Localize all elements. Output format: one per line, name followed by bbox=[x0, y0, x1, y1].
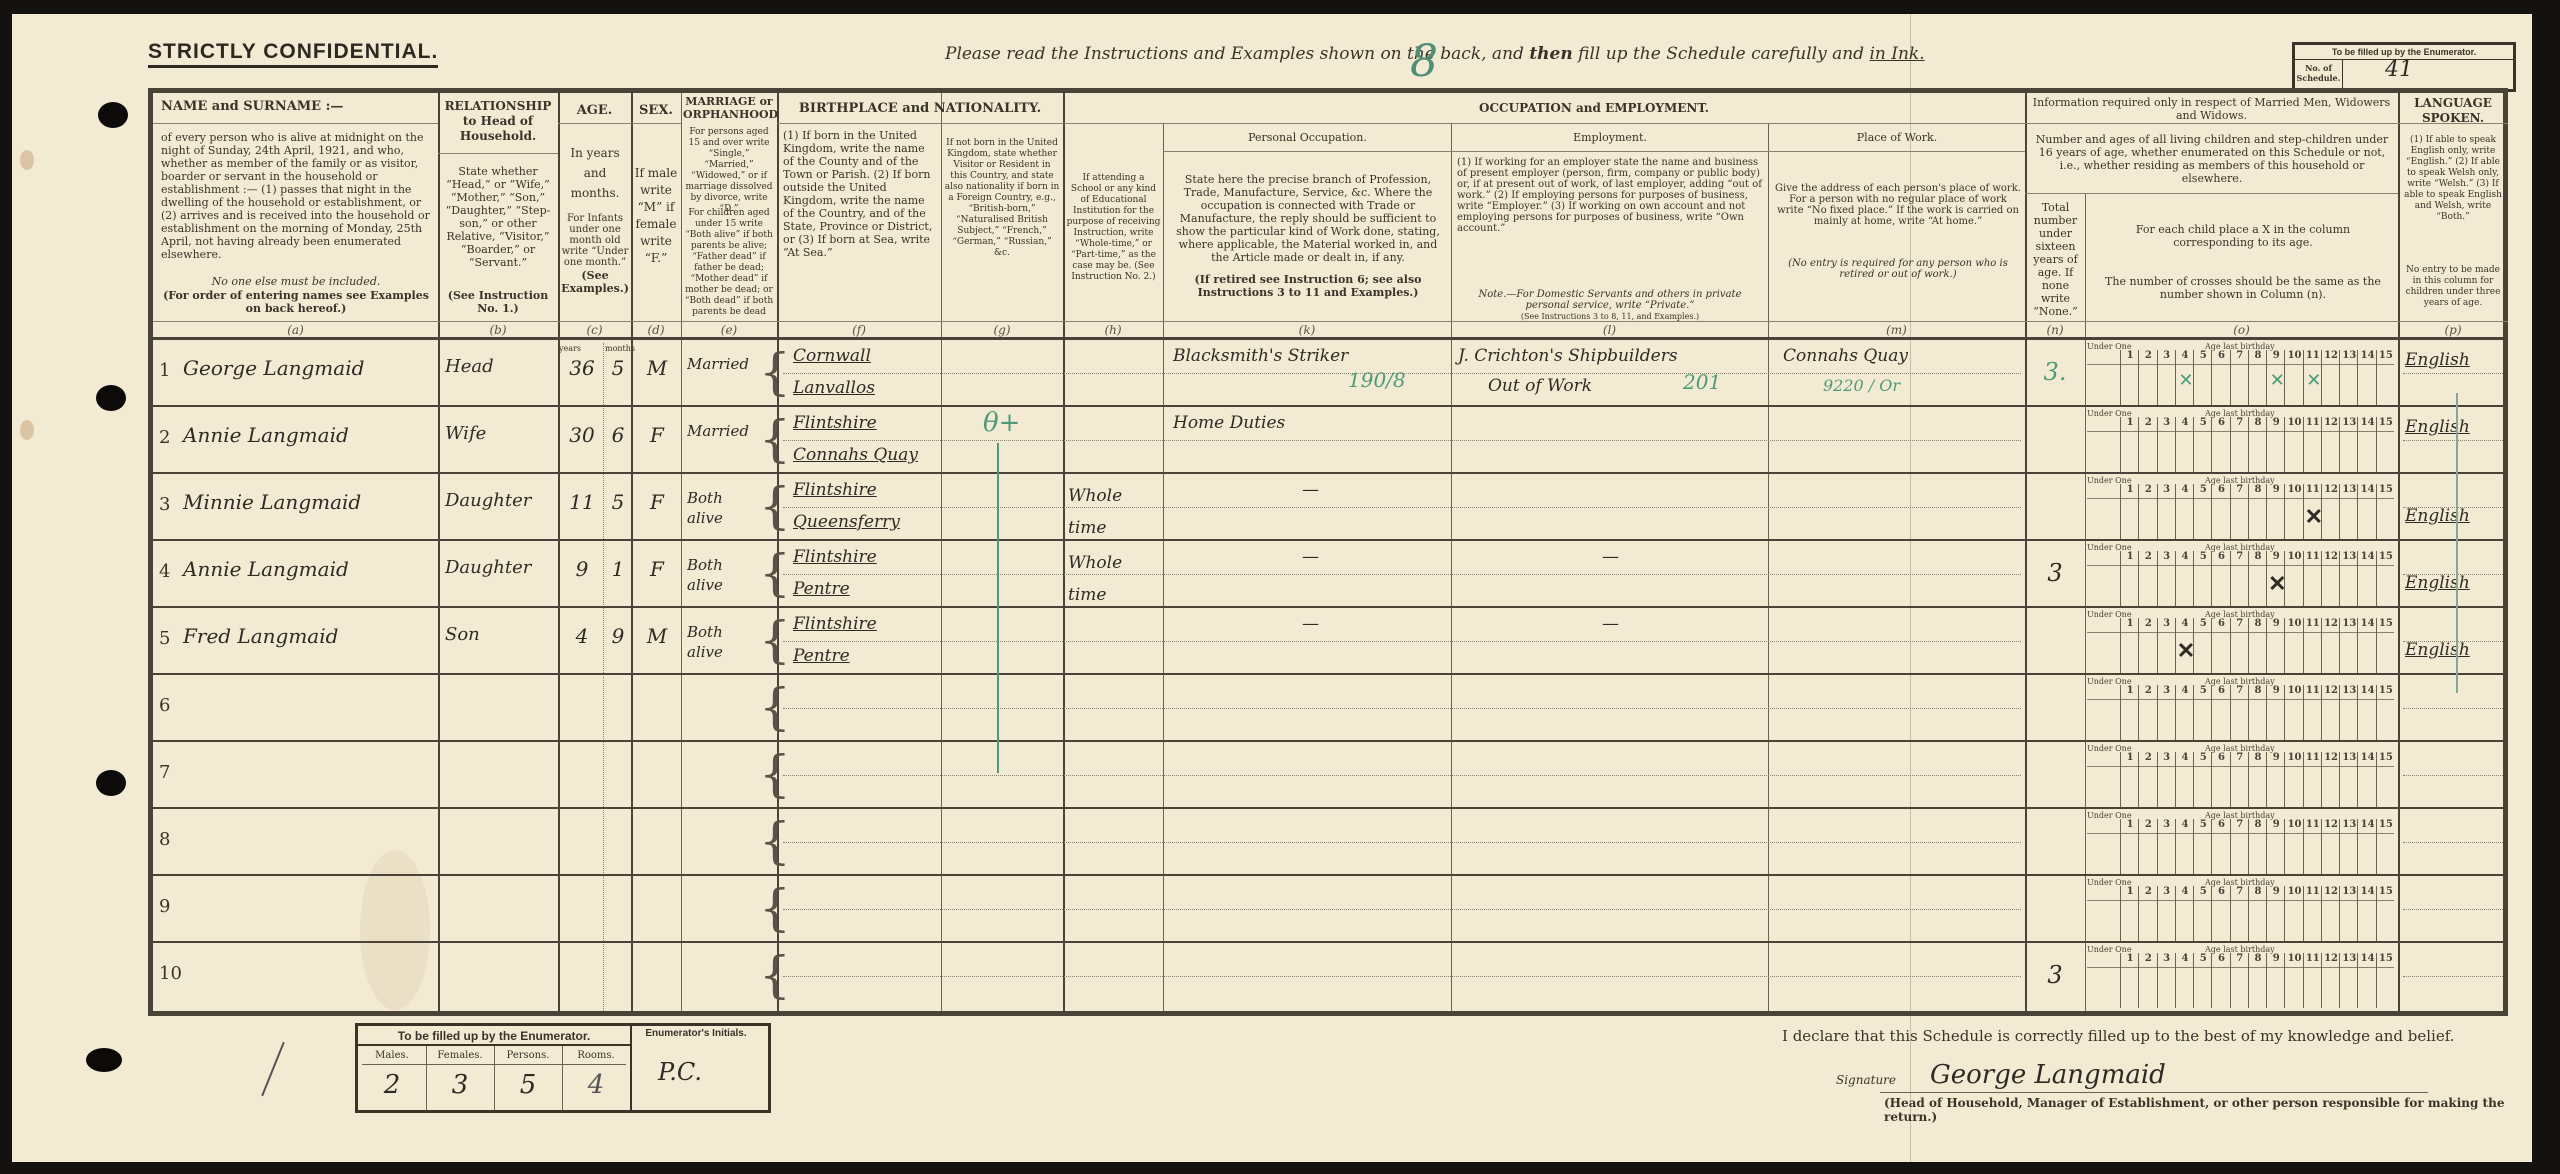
age-months[interactable]: 9 bbox=[605, 624, 631, 648]
relationship[interactable]: Daughter bbox=[445, 490, 555, 511]
person-name[interactable]: Fred Langmaid bbox=[183, 624, 433, 648]
person-name[interactable]: Annie Langmaid bbox=[183, 423, 433, 447]
age-checkbox[interactable] bbox=[2158, 701, 2174, 738]
age-checkbox[interactable] bbox=[2304, 567, 2320, 604]
col-c-note: For Infants under one month old write “U… bbox=[561, 213, 629, 268]
age-checkbox[interactable] bbox=[2194, 701, 2210, 738]
row-number: 2 bbox=[159, 427, 170, 448]
age-checkbox[interactable] bbox=[2358, 634, 2374, 671]
age-checkbox[interactable] bbox=[2358, 366, 2374, 403]
age-checkbox[interactable] bbox=[2377, 701, 2393, 738]
marriage-status[interactable]: Both alive bbox=[687, 555, 759, 595]
age-column-label: 4 bbox=[2176, 752, 2194, 763]
age-years[interactable]: 36 bbox=[563, 356, 601, 380]
row-number: 10 bbox=[159, 963, 182, 984]
birth-county[interactable]: Flintshire bbox=[793, 547, 938, 567]
age-checkbox[interactable] bbox=[2340, 835, 2356, 872]
age-column-label: 5 bbox=[2194, 953, 2212, 964]
age-months[interactable]: 5 bbox=[605, 356, 631, 380]
age-checkbox[interactable] bbox=[2340, 366, 2356, 403]
brace-icon: { bbox=[759, 478, 791, 534]
age-checkbox[interactable] bbox=[2285, 768, 2301, 805]
birth-county[interactable]: Flintshire bbox=[793, 614, 938, 634]
age-checkbox[interactable] bbox=[2285, 500, 2301, 537]
education[interactable]: Whole time bbox=[1068, 480, 1158, 544]
age-checkbox[interactable] bbox=[2285, 835, 2301, 872]
col-c-see: (See Examples.) bbox=[561, 269, 629, 295]
language-spoken[interactable]: English bbox=[2405, 350, 2505, 370]
age-column-label: 7 bbox=[2231, 752, 2249, 763]
row-mid-line bbox=[2403, 440, 2503, 441]
rooms-label: Rooms. bbox=[562, 1050, 630, 1061]
brace-icon: { bbox=[759, 746, 791, 802]
age-checkbox[interactable] bbox=[2194, 433, 2210, 470]
age-column-label: 15 bbox=[2377, 953, 2395, 964]
age-checkbox[interactable] bbox=[2121, 500, 2137, 537]
row-divider bbox=[153, 539, 2508, 541]
age-checkbox[interactable] bbox=[2267, 634, 2283, 671]
age-checkbox[interactable] bbox=[2304, 969, 2320, 1006]
age-grid-line bbox=[2087, 766, 2394, 767]
age-checkbox[interactable] bbox=[2285, 634, 2301, 671]
age-checkbox[interactable] bbox=[2121, 567, 2137, 604]
rooms-value[interactable]: 4 bbox=[562, 1070, 630, 1100]
age-checkbox[interactable] bbox=[2176, 567, 2192, 604]
person-name[interactable]: George Langmaid bbox=[183, 356, 433, 380]
age-checkbox[interactable] bbox=[2285, 902, 2301, 939]
age-checkbox[interactable] bbox=[2377, 433, 2393, 470]
age-years[interactable]: 11 bbox=[563, 490, 601, 514]
age-checkbox[interactable] bbox=[2121, 902, 2137, 939]
col-l-letter: (l) bbox=[1451, 323, 1768, 337]
col-e-letter: (e) bbox=[681, 323, 777, 337]
age-column-label: 13 bbox=[2340, 685, 2358, 696]
age-checkbox[interactable] bbox=[2231, 634, 2247, 671]
place-of-work[interactable]: Connahs Quay bbox=[1783, 346, 2023, 366]
age-checkbox[interactable] bbox=[2158, 902, 2174, 939]
age-checkbox[interactable] bbox=[2267, 902, 2283, 939]
age-checkbox[interactable] bbox=[2285, 969, 2301, 1006]
col-d-instructions: If male write “M” if female write “F.” bbox=[633, 165, 679, 267]
age-checkbox[interactable] bbox=[2358, 701, 2374, 738]
age-checkbox[interactable] bbox=[2176, 835, 2192, 872]
age-column-label: 9 bbox=[2267, 752, 2285, 763]
age-checkbox[interactable] bbox=[2249, 701, 2265, 738]
person-name[interactable]: Minnie Langmaid bbox=[183, 490, 433, 514]
age-checkbox[interactable] bbox=[2377, 567, 2393, 604]
row-mid-line bbox=[2403, 708, 2503, 709]
age-checkbox[interactable] bbox=[2194, 969, 2210, 1006]
age-checkbox[interactable] bbox=[2249, 835, 2265, 872]
age-checkbox[interactable] bbox=[2304, 902, 2320, 939]
signature-label: Signature bbox=[1836, 1073, 1896, 1087]
age-checkbox[interactable] bbox=[2285, 433, 2301, 470]
females-value[interactable]: 3 bbox=[426, 1070, 494, 1100]
age-checkbox[interactable] bbox=[2340, 768, 2356, 805]
row-mid-line bbox=[783, 976, 2021, 977]
age-checkbox[interactable] bbox=[2358, 902, 2374, 939]
age-checkbox[interactable] bbox=[2121, 366, 2137, 403]
age-checkbox[interactable] bbox=[2139, 969, 2155, 1006]
employment[interactable]: J. Crichton's Shipbuilders bbox=[1458, 346, 1763, 366]
language-spoken[interactable]: English bbox=[2405, 573, 2505, 593]
col-n-instructions: Total number under sixteen years of age.… bbox=[2027, 201, 2084, 318]
birth-county[interactable]: Flintshire bbox=[793, 480, 938, 500]
age-years[interactable]: 9 bbox=[563, 557, 601, 581]
employment[interactable]: — bbox=[1458, 614, 1763, 634]
age-checkbox[interactable] bbox=[2322, 500, 2338, 537]
relationship[interactable]: Son bbox=[445, 624, 555, 645]
age-checkbox[interactable] bbox=[2322, 768, 2338, 805]
age-checkbox[interactable] bbox=[2176, 500, 2192, 537]
age-checkbox[interactable] bbox=[2139, 567, 2155, 604]
age-column-label: 11 bbox=[2304, 551, 2322, 562]
birth-town[interactable]: Queensferry bbox=[793, 512, 938, 532]
age-column-label: 12 bbox=[2322, 752, 2340, 763]
age-checkbox[interactable] bbox=[2212, 969, 2228, 1006]
age-checkbox[interactable] bbox=[2249, 634, 2265, 671]
age-checkbox[interactable] bbox=[2322, 567, 2338, 604]
age-checkbox[interactable] bbox=[2231, 902, 2247, 939]
col-l-see: (See Instructions 3 to 8, 11, and Exampl… bbox=[1457, 311, 1763, 322]
sex[interactable]: M bbox=[633, 624, 681, 648]
age-column-label: 14 bbox=[2358, 350, 2376, 361]
age-checkbox[interactable] bbox=[2176, 701, 2192, 738]
age-checkbox[interactable] bbox=[2358, 500, 2374, 537]
age-checkbox[interactable] bbox=[2340, 433, 2356, 470]
age-checkbox[interactable] bbox=[2139, 366, 2155, 403]
age-checkbox[interactable] bbox=[2249, 433, 2265, 470]
age-checkbox[interactable] bbox=[2194, 768, 2210, 805]
age-checkbox[interactable] bbox=[2267, 500, 2283, 537]
age-checkbox[interactable] bbox=[2158, 768, 2174, 805]
age-column-label: 3 bbox=[2158, 819, 2176, 830]
employment-code: 201 bbox=[1683, 370, 1763, 394]
age-column-label: 11 bbox=[2304, 886, 2322, 897]
age-checkbox[interactable] bbox=[2340, 634, 2356, 671]
age-column-label: 15 bbox=[2377, 752, 2395, 763]
age-checkbox[interactable] bbox=[2176, 902, 2192, 939]
age-checkbox[interactable] bbox=[2249, 768, 2265, 805]
personal-occupation[interactable]: — bbox=[1173, 614, 1448, 634]
age-months[interactable]: 6 bbox=[605, 423, 631, 447]
age-checkbox[interactable] bbox=[2231, 768, 2247, 805]
children-total[interactable]: 3 bbox=[2027, 961, 2083, 989]
age-column-label: 14 bbox=[2358, 417, 2376, 428]
sex[interactable]: F bbox=[633, 490, 681, 514]
age-checkbox[interactable] bbox=[2139, 902, 2155, 939]
age-column-label: 13 bbox=[2340, 886, 2358, 897]
age-column-label: 1 bbox=[2121, 886, 2139, 897]
age-column-label: 9 bbox=[2267, 417, 2285, 428]
age-checkbox[interactable] bbox=[2194, 500, 2210, 537]
age-checkbox[interactable] bbox=[2377, 835, 2393, 872]
personal-occupation[interactable]: — bbox=[1173, 480, 1448, 500]
age-checkbox[interactable] bbox=[2212, 768, 2228, 805]
age-checkbox[interactable] bbox=[2340, 567, 2356, 604]
sex[interactable]: F bbox=[633, 557, 681, 581]
age-checkbox[interactable] bbox=[2212, 500, 2228, 537]
age-years[interactable]: 30 bbox=[563, 423, 601, 447]
row-mid-line bbox=[783, 507, 2021, 508]
punch-hole-icon bbox=[98, 102, 128, 128]
age-checkbox[interactable] bbox=[2249, 902, 2265, 939]
age-checkbox[interactable] bbox=[2340, 969, 2356, 1006]
age-checkbox[interactable] bbox=[2139, 433, 2155, 470]
age-checkbox[interactable] bbox=[2377, 634, 2393, 671]
age-checkbox[interactable] bbox=[2267, 701, 2283, 738]
age-column-label: 11 bbox=[2304, 484, 2322, 495]
age-checkbox[interactable] bbox=[2212, 567, 2228, 604]
age-column-label: 6 bbox=[2212, 618, 2230, 629]
age-checkbox[interactable] bbox=[2176, 433, 2192, 470]
age-checkbox[interactable] bbox=[2267, 768, 2283, 805]
birth-town[interactable]: Connahs Quay bbox=[793, 445, 938, 465]
age-checkbox[interactable] bbox=[2231, 969, 2247, 1006]
age-column-label: 5 bbox=[2194, 618, 2212, 629]
age-checkbox[interactable] bbox=[2322, 634, 2338, 671]
age-column-label: 14 bbox=[2358, 551, 2376, 562]
persons-value[interactable]: 5 bbox=[494, 1070, 562, 1100]
age-checkbox[interactable] bbox=[2249, 366, 2265, 403]
age-column-label: 7 bbox=[2231, 618, 2249, 629]
age-checkbox[interactable] bbox=[2139, 500, 2155, 537]
age-checkbox[interactable] bbox=[2212, 634, 2228, 671]
pencil-vertical-line bbox=[997, 443, 999, 773]
age-checkbox[interactable] bbox=[2322, 433, 2338, 470]
birth-town[interactable]: Lanvallos bbox=[793, 378, 938, 398]
row-number: 4 bbox=[159, 561, 170, 582]
age-checkbox[interactable] bbox=[2194, 567, 2210, 604]
males-value[interactable]: 2 bbox=[358, 1070, 426, 1100]
age-checkbox[interactable] bbox=[2212, 366, 2228, 403]
age-checkbox[interactable] bbox=[2322, 969, 2338, 1006]
age-column-label: 14 bbox=[2358, 685, 2376, 696]
age-checkbox[interactable] bbox=[2121, 634, 2137, 671]
col-e-heading: MARRIAGE or ORPHANHOOD bbox=[683, 95, 775, 121]
birth-county[interactable]: Flintshire bbox=[793, 413, 938, 433]
age-column-label: 15 bbox=[2377, 551, 2395, 562]
age-checkbox[interactable] bbox=[2377, 768, 2393, 805]
personal-occupation[interactable]: Home Duties bbox=[1173, 413, 1448, 433]
age-column-label: 10 bbox=[2285, 350, 2303, 361]
employment-status[interactable]: Out of Work bbox=[1488, 376, 1668, 396]
age-column-label: 9 bbox=[2267, 953, 2285, 964]
col-f-instructions: (1) If born in the United Kingdom, write… bbox=[783, 129, 938, 259]
age-column-label: 4 bbox=[2176, 484, 2194, 495]
col-o-note: The number of crosses should be the same… bbox=[2103, 275, 2383, 301]
signature-line bbox=[1880, 1092, 2428, 1093]
age-checkbox[interactable] bbox=[2158, 969, 2174, 1006]
col-a-order: (For order of entering names see Example… bbox=[161, 289, 431, 315]
enumerator-initials-value[interactable]: P.C. bbox=[658, 1058, 702, 1086]
age-checkbox[interactable] bbox=[2231, 567, 2247, 604]
birth-town[interactable]: Pentre bbox=[793, 579, 938, 599]
age-column-label: 15 bbox=[2377, 417, 2395, 428]
age-checkbox[interactable] bbox=[2358, 433, 2374, 470]
age-checkbox[interactable] bbox=[2139, 634, 2155, 671]
children-total[interactable]: 3. bbox=[2027, 358, 2083, 386]
age-checkbox[interactable] bbox=[2121, 433, 2137, 470]
age-months[interactable]: 5 bbox=[605, 490, 631, 514]
enumerator-summary-heading: To be filled up by the Enumerator. bbox=[358, 1026, 630, 1046]
signature-value[interactable]: George Langmaid bbox=[1930, 1060, 2166, 1090]
age-checkbox[interactable] bbox=[2158, 835, 2174, 872]
relationship[interactable]: Wife bbox=[445, 423, 555, 444]
birth-county[interactable]: Cornwall bbox=[793, 346, 938, 366]
age-checkbox[interactable] bbox=[2358, 835, 2374, 872]
age-checkbox[interactable] bbox=[2158, 366, 2174, 403]
age-checkbox[interactable] bbox=[2212, 835, 2228, 872]
col-l-instructions: (1) If working for an employer state the… bbox=[1457, 157, 1763, 234]
sex[interactable]: M bbox=[633, 356, 681, 380]
age-checkbox[interactable] bbox=[2139, 768, 2155, 805]
marriage-status[interactable]: Both alive bbox=[687, 488, 759, 528]
age-checkbox[interactable] bbox=[2139, 701, 2155, 738]
age-checkbox[interactable] bbox=[2121, 969, 2137, 1006]
age-checkbox[interactable] bbox=[2194, 902, 2210, 939]
education[interactable]: Whole time bbox=[1068, 547, 1158, 611]
age-checkbox[interactable] bbox=[2194, 366, 2210, 403]
age-checkbox[interactable] bbox=[2158, 500, 2174, 537]
age-checkbox[interactable] bbox=[2267, 835, 2283, 872]
age-column-label: 12 bbox=[2322, 819, 2340, 830]
age-checkbox[interactable] bbox=[2212, 902, 2228, 939]
age-checkbox[interactable] bbox=[2231, 835, 2247, 872]
age-column-label: 3 bbox=[2158, 350, 2176, 361]
age-grid-line bbox=[2087, 431, 2394, 432]
age-checkbox[interactable] bbox=[2158, 567, 2174, 604]
age-checkbox[interactable] bbox=[2304, 701, 2320, 738]
age-checkbox[interactable] bbox=[2231, 366, 2247, 403]
age-checkbox[interactable] bbox=[2285, 567, 2301, 604]
relationship[interactable]: Head bbox=[445, 356, 555, 377]
age-column-label: 7 bbox=[2231, 819, 2249, 830]
age-checkbox[interactable] bbox=[2304, 634, 2320, 671]
person-name[interactable]: Annie Langmaid bbox=[183, 557, 433, 581]
age-checkbox[interactable] bbox=[2358, 567, 2374, 604]
age-checkbox[interactable] bbox=[2194, 634, 2210, 671]
age-checkbox[interactable] bbox=[2267, 969, 2283, 1006]
age-checkbox[interactable] bbox=[2176, 768, 2192, 805]
persons-label: Persons. bbox=[494, 1050, 562, 1061]
age-column-label: 3 bbox=[2158, 886, 2176, 897]
age-checkbox[interactable] bbox=[2249, 500, 2265, 537]
age-checkbox[interactable] bbox=[2249, 567, 2265, 604]
row-mid-line bbox=[783, 708, 2021, 709]
age-checkbox[interactable] bbox=[2322, 701, 2338, 738]
age-checkbox[interactable] bbox=[2340, 701, 2356, 738]
age-checkbox[interactable] bbox=[2377, 902, 2393, 939]
age-checkbox[interactable] bbox=[2377, 366, 2393, 403]
age-column-label: 5 bbox=[2194, 417, 2212, 428]
row-mid-line bbox=[2403, 775, 2503, 776]
age-checkbox[interactable] bbox=[2267, 433, 2283, 470]
age-checkbox[interactable] bbox=[2285, 701, 2301, 738]
marriage-status[interactable]: Married bbox=[687, 421, 759, 441]
age-column-label: 9 bbox=[2267, 886, 2285, 897]
col-p-letter: (p) bbox=[2398, 323, 2508, 337]
instruction-text: Please read the Instructions and Example… bbox=[945, 44, 1529, 64]
age-column-label: 7 bbox=[2231, 886, 2249, 897]
col-g-letter: (g) bbox=[941, 323, 1063, 337]
age-column-label: 10 bbox=[2285, 551, 2303, 562]
language-spoken[interactable]: English bbox=[2405, 506, 2505, 526]
age-checkbox[interactable] bbox=[2158, 634, 2174, 671]
row-divider bbox=[153, 941, 2508, 943]
age-column-label: 11 bbox=[2304, 752, 2322, 763]
personal-occupation[interactable]: — bbox=[1173, 547, 1448, 567]
age-checkbox[interactable] bbox=[2139, 835, 2155, 872]
col-m-instructions: Give the address of each person's place … bbox=[1775, 183, 2021, 227]
age-column-label: 5 bbox=[2194, 752, 2212, 763]
age-checkbox[interactable] bbox=[2231, 433, 2247, 470]
age-years[interactable]: 4 bbox=[563, 624, 601, 648]
age-checkbox[interactable] bbox=[2176, 969, 2192, 1006]
age-column-label: 13 bbox=[2340, 417, 2358, 428]
age-column-label: 14 bbox=[2358, 618, 2376, 629]
age-checkbox[interactable] bbox=[2322, 902, 2338, 939]
age-column-label: 1 bbox=[2121, 484, 2139, 495]
sex[interactable]: F bbox=[633, 423, 681, 447]
age-checkbox[interactable] bbox=[2249, 969, 2265, 1006]
age-checkbox[interactable] bbox=[2158, 433, 2174, 470]
col-o-letter: (o) bbox=[2085, 323, 2398, 337]
age-column-label: 12 bbox=[2322, 886, 2340, 897]
age-checkbox[interactable] bbox=[2231, 500, 2247, 537]
language-spoken[interactable]: English bbox=[2405, 417, 2505, 437]
age-checkbox[interactable] bbox=[2358, 768, 2374, 805]
age-checkbox[interactable] bbox=[2285, 366, 2301, 403]
age-checkbox[interactable] bbox=[2304, 433, 2320, 470]
personal-occupation[interactable]: Blacksmith's Striker bbox=[1173, 346, 1448, 366]
age-checkbox[interactable] bbox=[2231, 701, 2247, 738]
birth-town[interactable]: Pentre bbox=[793, 646, 938, 666]
age-column-label: 7 bbox=[2231, 484, 2249, 495]
age-checkbox[interactable] bbox=[2212, 701, 2228, 738]
punch-hole-icon bbox=[86, 1048, 122, 1072]
language-spoken[interactable]: English bbox=[2405, 640, 2505, 660]
age-checkbox[interactable] bbox=[2358, 969, 2374, 1006]
marriage-status[interactable]: Both alive bbox=[687, 622, 759, 662]
relationship[interactable]: Daughter bbox=[445, 557, 555, 578]
age-checkbox[interactable] bbox=[2121, 768, 2137, 805]
age-checkbox[interactable] bbox=[2121, 701, 2137, 738]
marriage-status[interactable]: Married bbox=[687, 354, 759, 374]
employment[interactable]: — bbox=[1458, 547, 1763, 567]
age-checkbox[interactable] bbox=[2194, 835, 2210, 872]
age-checkbox[interactable] bbox=[2340, 902, 2356, 939]
age-column-label: 12 bbox=[2322, 953, 2340, 964]
age-column-label: 15 bbox=[2377, 886, 2395, 897]
schedule-number-value[interactable]: 41 bbox=[2385, 57, 2413, 82]
age-checkbox[interactable] bbox=[2377, 500, 2393, 537]
age-checkbox[interactable] bbox=[2322, 835, 2338, 872]
age-column-label: 11 bbox=[2304, 618, 2322, 629]
age-checkbox[interactable] bbox=[2304, 835, 2320, 872]
age-checkbox[interactable] bbox=[2121, 835, 2137, 872]
age-checkbox[interactable] bbox=[2340, 500, 2356, 537]
age-column-label: 10 bbox=[2285, 484, 2303, 495]
age-checkbox[interactable] bbox=[2322, 366, 2338, 403]
age-column-label: 15 bbox=[2377, 819, 2395, 830]
children-total[interactable]: 3 bbox=[2027, 559, 2083, 587]
age-checkbox[interactable] bbox=[2212, 433, 2228, 470]
age-column-label: 8 bbox=[2249, 685, 2267, 696]
age-months[interactable]: 1 bbox=[605, 557, 631, 581]
age-checkbox[interactable] bbox=[2377, 969, 2393, 1006]
age-checkbox[interactable] bbox=[2304, 768, 2320, 805]
